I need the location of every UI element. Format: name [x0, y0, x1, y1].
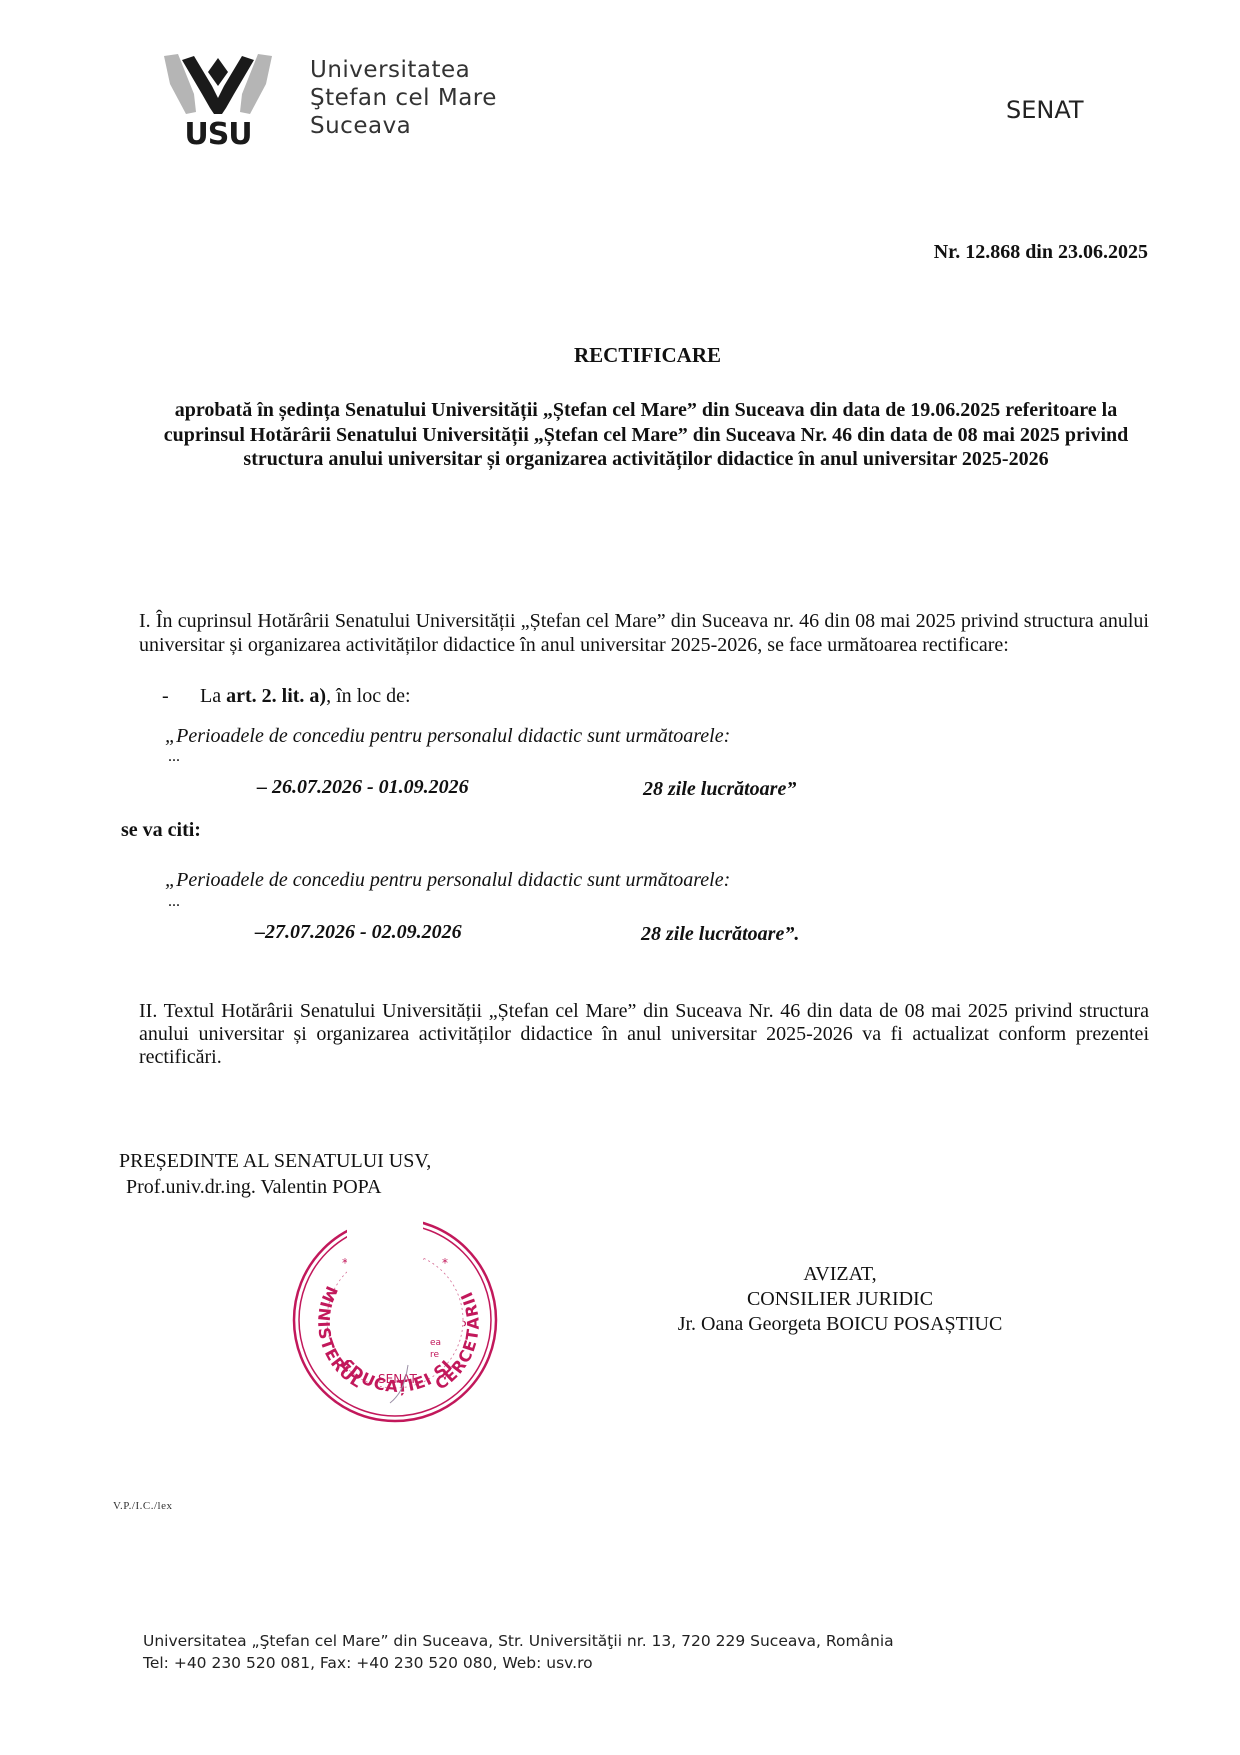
- legal-advisor-signature-block: AVIZAT, CONSILIER JURIDIC Jr. Oana Georg…: [640, 1262, 1040, 1337]
- section-2-text: II. Textul Hotărârii Senatului Universit…: [139, 1000, 1149, 1069]
- legal-advisor-name: Jr. Oana Georgeta BOICU POSAȘTIUC: [640, 1312, 1040, 1337]
- amendment-bullet: -La art. 2. lit. a), în loc de:: [162, 685, 411, 708]
- legal-advisor-role: CONSILIER JURIDIC: [640, 1287, 1040, 1312]
- svg-text:*: *: [442, 1256, 448, 1270]
- logo-text: USU: [184, 117, 251, 146]
- footer: Universitatea „Ştefan cel Mare” din Suce…: [143, 1630, 894, 1674]
- original-quote-intro: „Perioadele de concediu pentru personalu…: [165, 725, 730, 748]
- president-role: PREȘEDINTE AL SENATULUI USV,: [119, 1148, 431, 1174]
- president-name: Prof.univ.dr.ing. Valentin POPA: [119, 1174, 431, 1200]
- original-period: – 26.07.2026 - 01.09.2026: [257, 776, 469, 799]
- signature-redaction: [347, 1198, 423, 1360]
- document-number: Nr. 12.868 din 23.06.2025: [934, 241, 1148, 264]
- replacement-days: 28 zile lucrătoare”.: [641, 923, 799, 946]
- author-initials: V.P./I.C./lex: [113, 1500, 172, 1512]
- bullet-article: art. 2. lit. a): [226, 685, 326, 707]
- section-1-text: I. În cuprinsul Hotărârii Senatului Univ…: [139, 610, 1149, 657]
- document-title: RECTIFICARE: [0, 343, 1240, 368]
- institution-line-1: Universitatea: [310, 56, 497, 84]
- original-ellipsis: ...: [168, 748, 180, 766]
- replacement-ellipsis: ...: [168, 893, 180, 911]
- approval-label: AVIZAT,: [640, 1262, 1040, 1287]
- bullet-suffix: , în loc de:: [326, 685, 410, 707]
- footer-address: Universitatea „Ştefan cel Mare” din Suce…: [143, 1630, 894, 1652]
- document-subtitle: aprobată în ședința Senatului Universită…: [146, 398, 1146, 472]
- replacement-period: –27.07.2026 - 02.09.2026: [255, 921, 462, 944]
- footer-contact: Tel: +40 230 520 081, Fax: +40 230 520 0…: [143, 1652, 894, 1674]
- department-label: SENAT: [1006, 96, 1084, 124]
- bullet-prefix: La: [200, 685, 226, 707]
- usv-logo-icon: USU: [160, 50, 276, 146]
- bullet-marker: -: [162, 685, 200, 708]
- president-signature-block: PREȘEDINTE AL SENATULUI USV, Prof.univ.d…: [119, 1148, 431, 1200]
- institution-line-3: Suceava: [310, 112, 497, 140]
- svg-text:ea: ea: [430, 1338, 441, 1348]
- replacement-label: se va citi:: [121, 819, 201, 842]
- original-days: 28 zile lucrătoare”: [643, 778, 796, 801]
- stamp-center-label: SENAT: [378, 1372, 417, 1386]
- institution-name: Universitatea Ştefan cel Mare Suceava: [310, 56, 497, 140]
- svg-text:re: re: [430, 1350, 440, 1360]
- institution-line-2: Ştefan cel Mare: [310, 84, 497, 112]
- replacement-quote-intro: „Perioadele de concediu pentru personalu…: [165, 869, 730, 892]
